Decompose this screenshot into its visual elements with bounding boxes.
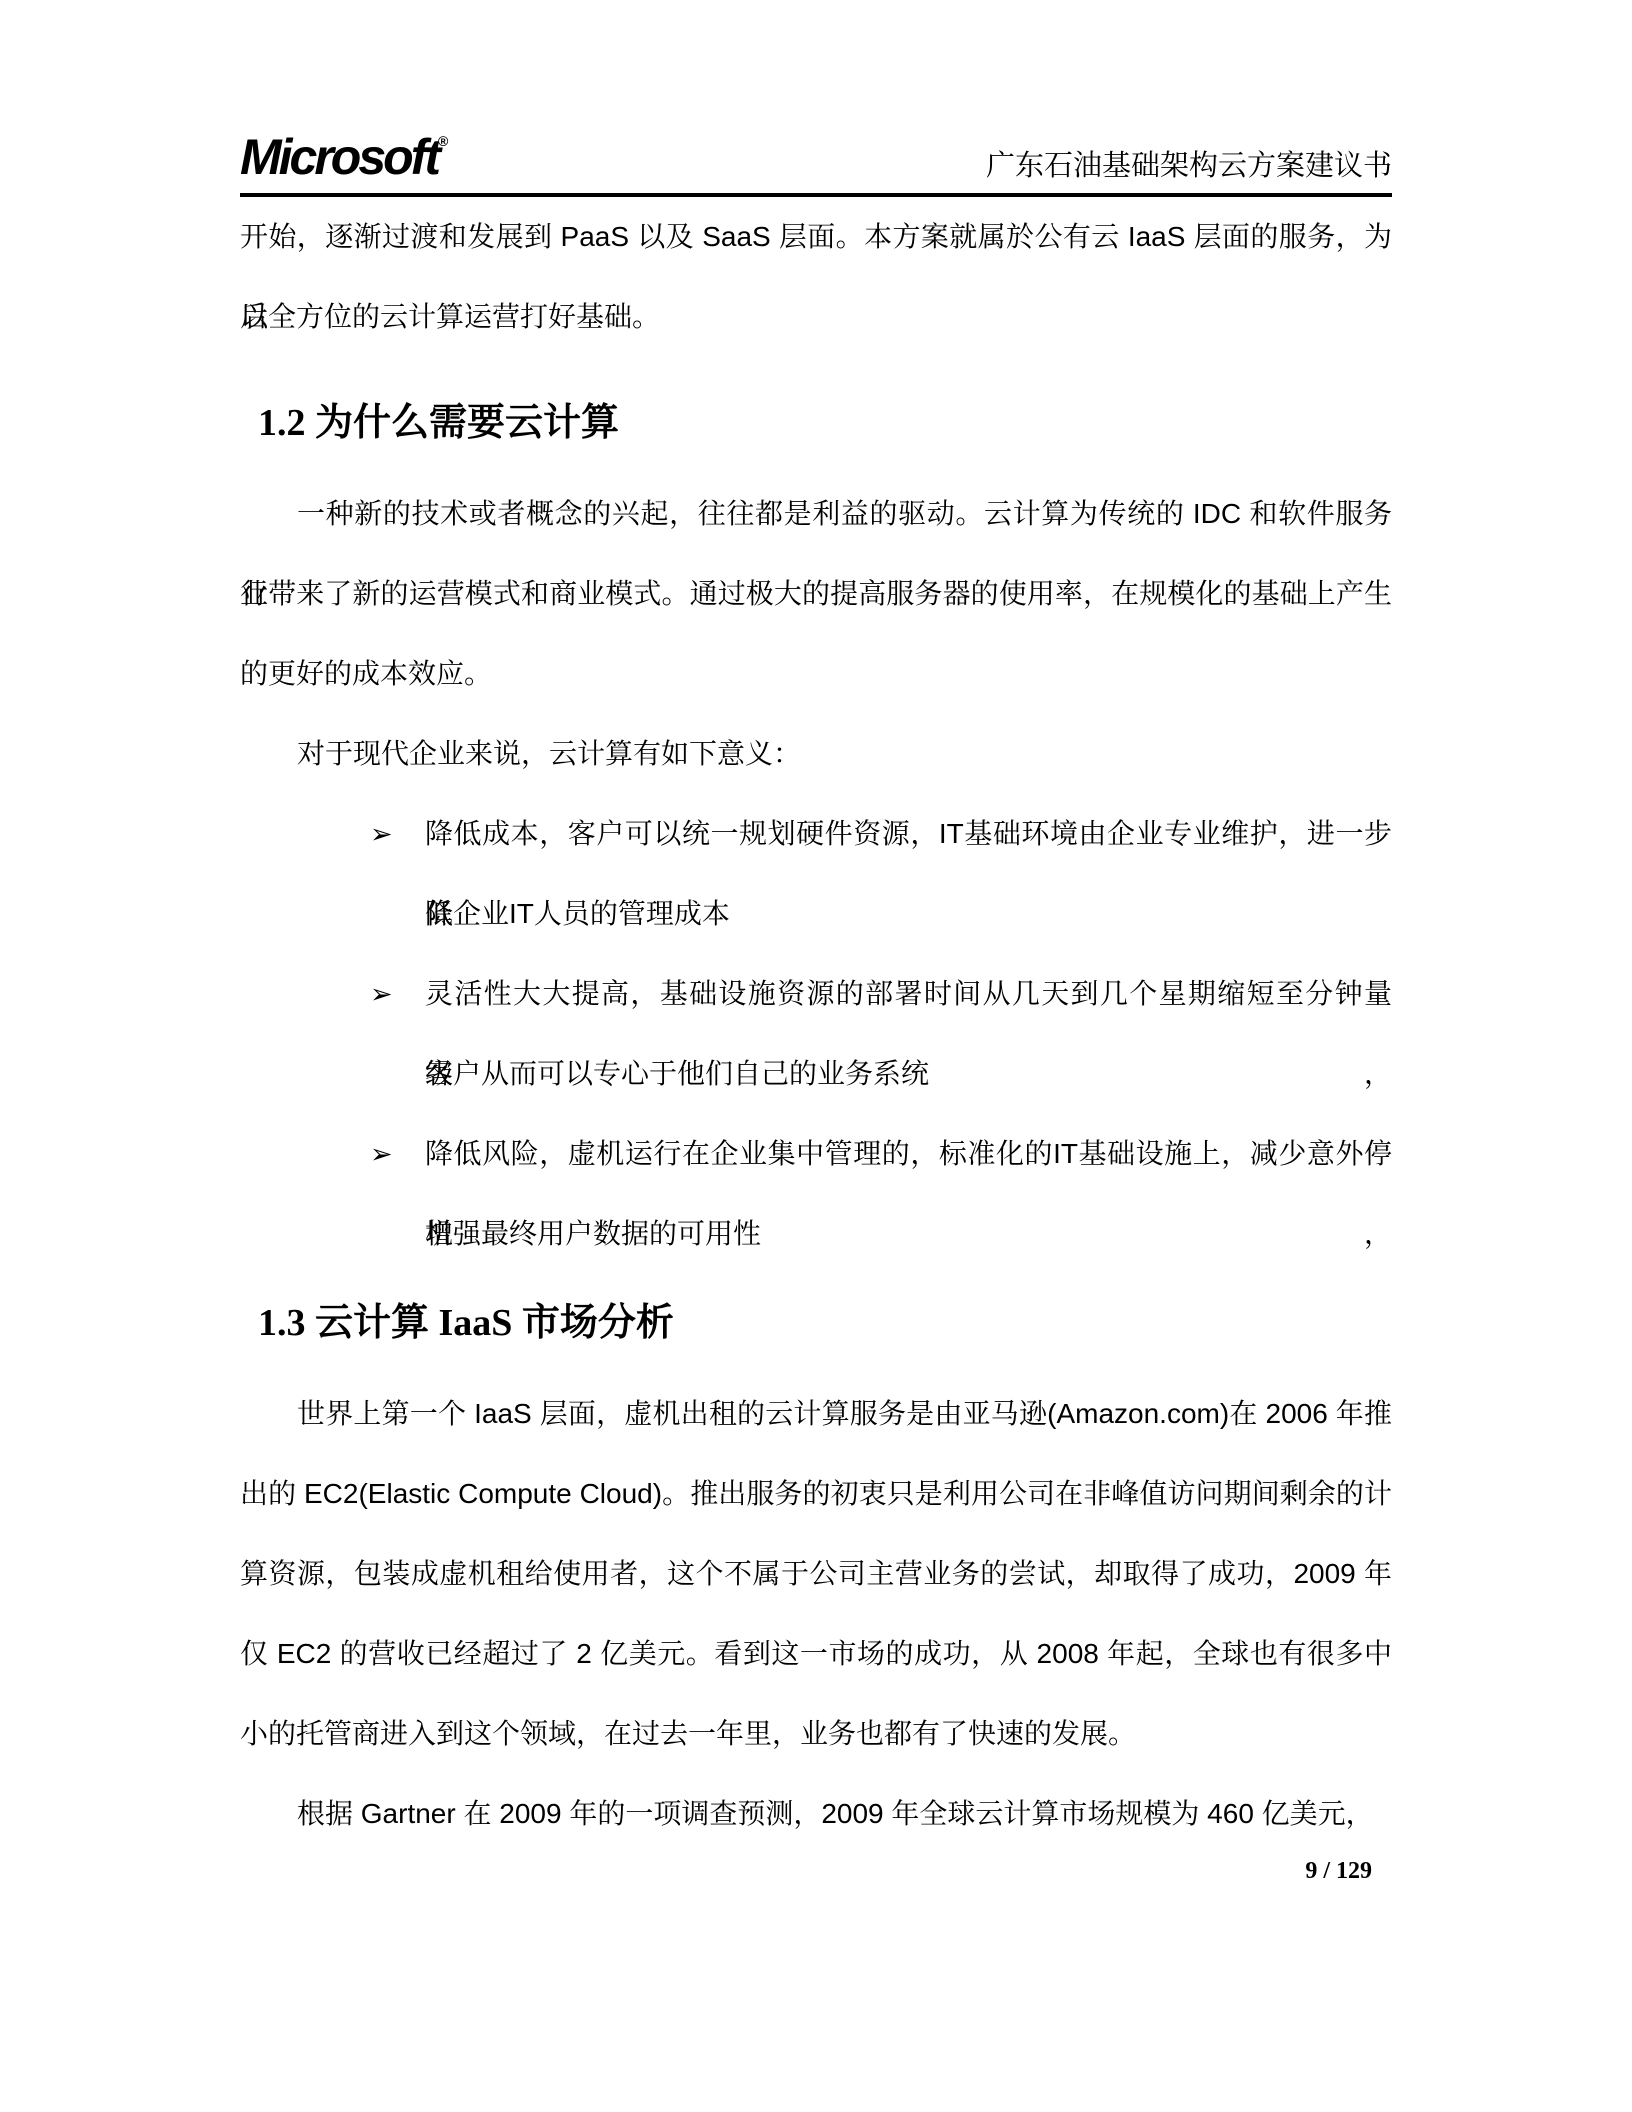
paragraph-line: 后全方位的云计算运营打好基础。 (240, 277, 1392, 357)
paragraph-line: 对于现代企业来说，云计算有如下意义： (240, 714, 1392, 794)
bullet-item-flexibility: ➢ 灵活性大大提高，基础设施资源的部署时间从几天到几个星期缩短至分钟量级， 客户… (240, 954, 1392, 1114)
microsoft-logo: Microsoft® (240, 115, 448, 183)
paragraph-line: 一种新的技术或者概念的兴起，往往都是利益的驱动。云计算为传统的 IDC 和软件服… (240, 474, 1392, 554)
paragraph-iaas-market: 世界上第一个 IaaS 层面，虚机出租的云计算服务是由亚马逊(Amazon.co… (240, 1374, 1392, 1774)
bullet-line: 灵活性大大提高，基础设施资源的部署时间从几天到几个星期缩短至分钟量级， (425, 954, 1392, 1034)
paragraph-line: 开始，逐渐过渡和发展到 PaaS 以及 SaaS 层面。本方案就属於公有云 Ia… (240, 197, 1392, 277)
document-page: Microsoft® 广东石油基础架构云方案建议书 开始，逐渐过渡和发展到 Pa… (0, 0, 1632, 2112)
bullet-item-lower-risk: ➢ 降低风险，虚机运行在企业集中管理的，标准化的IT基础设施上，减少意外停机， … (240, 1114, 1392, 1274)
section-heading-1-3: 1.3 云计算 IaaS 市场分析 (258, 1298, 1392, 1348)
arrow-bullet-icon: ➢ (370, 1114, 393, 1194)
page-number: 9 / 129 (240, 1854, 1392, 1888)
paragraph-line: 仅 EC2 的营收已经超过了 2 亿美元。看到这一市场的成功，从 2008 年起… (240, 1614, 1392, 1694)
paragraph-why-cloud: 一种新的技术或者概念的兴起，往往都是利益的驱动。云计算为传统的 IDC 和软件服… (240, 474, 1392, 714)
bullet-line: 降低成本，客户可以统一规划硬件资源，IT基础环境由企业专业维护，进一步降 (425, 794, 1392, 874)
paragraph-line: 世界上第一个 IaaS 层面，虚机出租的云计算服务是由亚马逊(Amazon.co… (240, 1374, 1392, 1454)
arrow-bullet-icon: ➢ (370, 794, 393, 874)
paragraph-intro: 开始，逐渐过渡和发展到 PaaS 以及 SaaS 层面。本方案就属於公有云 Ia… (240, 197, 1392, 357)
section-heading-1-2: 1.2 为什么需要云计算 (258, 398, 1392, 448)
document-title: 广东石油基础架构云方案建议书 (986, 149, 1392, 183)
bullet-line: 降低风险，虚机运行在企业集中管理的，标准化的IT基础设施上，减少意外停机， (425, 1114, 1392, 1194)
paragraph-line: 小的托管商进入到这个领域，在过去一年里，业务也都有了快速的发展。 (240, 1694, 1392, 1774)
bullet-list: ➢ 降低成本，客户可以统一规划硬件资源，IT基础环境由企业专业维护，进一步降 低… (240, 794, 1392, 1274)
bullet-line: 低企业IT人员的管理成本 (425, 874, 1392, 954)
paragraph-line: 根据 Gartner 在 2009 年的一项调查预测，2009 年全球云计算市场… (240, 1774, 1392, 1854)
microsoft-logo-text: Microsoft (240, 129, 438, 185)
paragraph-line: 算资源，包装成虚机租给使用者，这个不属于公司主营业务的尝试，却取得了成功，200… (240, 1534, 1392, 1614)
paragraph-line: 出的 EC2(Elastic Compute Cloud)。推出服务的初衷只是利… (240, 1454, 1392, 1534)
paragraph-gartner: 根据 Gartner 在 2009 年的一项调查预测，2009 年全球云计算市场… (240, 1774, 1392, 1854)
paragraph-line: 业带来了新的运营模式和商业模式。通过极大的提高服务器的使用率，在规模化的基础上产… (240, 554, 1392, 634)
arrow-bullet-icon: ➢ (370, 954, 393, 1034)
paragraph-meaning-lead: 对于现代企业来说，云计算有如下意义： (240, 714, 1392, 794)
paragraph-line: 的更好的成本效应。 (240, 634, 1392, 714)
page-header: Microsoft® 广东石油基础架构云方案建议书 (240, 88, 1392, 193)
registered-trademark-icon: ® (438, 133, 448, 149)
bullet-item-lower-cost: ➢ 降低成本，客户可以统一规划硬件资源，IT基础环境由企业专业维护，进一步降 低… (240, 794, 1392, 954)
